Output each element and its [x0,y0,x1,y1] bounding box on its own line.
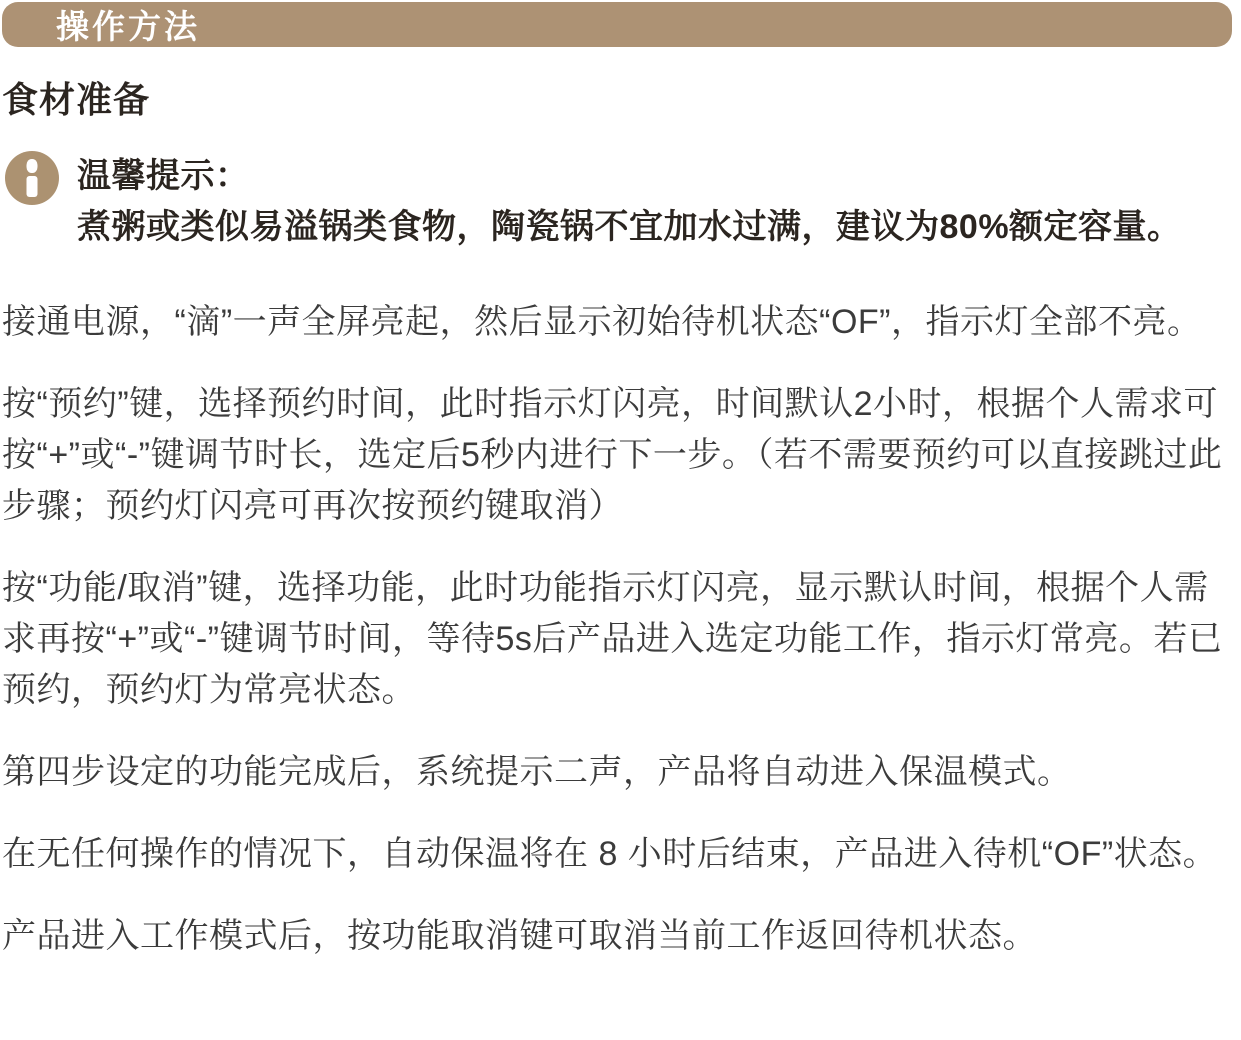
section-header-bar: 操作方法 [2,2,1232,47]
paragraph-power-on: 接通电源，“滴”一声全屏亮起，然后显示初始待机状态“OF”，指示灯全部不亮。 [2,297,1241,348]
info-icon [5,151,59,205]
paragraph-cancel-work: 产品进入工作模式后，按功能取消键可取消当前工作返回待机状态。 [2,911,1241,962]
paragraph-function-key: 按“功能/取消”键，选择功能，此时功能指示灯闪亮，显示默认时间，根据个人需求再按… [2,563,1241,716]
subsection-heading: 食材准备 [2,72,1241,123]
info-icon-dot [27,159,38,173]
instruction-paragraphs: 接通电源，“滴”一声全屏亮起，然后显示初始待机状态“OF”，指示灯全部不亮。 按… [2,297,1241,962]
tip-title: 温馨提示： [77,151,1182,201]
tip-text: 温馨提示： 煮粥或类似易溢锅类食物，陶瓷锅不宜加水过满，建议为80%额定容量。 [77,151,1182,253]
tip-block: 温馨提示： 煮粥或类似易溢锅类食物，陶瓷锅不宜加水过满，建议为80%额定容量。 [2,151,1241,253]
section-header-title: 操作方法 [56,1,200,48]
manual-page: 操作方法 食材准备 温馨提示： 煮粥或类似易溢锅类食物，陶瓷锅不宜加水过满，建议… [0,0,1241,1040]
tip-body: 煮粥或类似易溢锅类食物，陶瓷锅不宜加水过满，建议为80%额定容量。 [77,201,1182,253]
info-icon-stem [27,176,38,197]
paragraph-preset-key: 按“预约”键，选择预约时间，此时指示灯闪亮，时间默认2小时，根据个人需求可按“+… [2,379,1241,532]
paragraph-keep-warm: 第四步设定的功能完成后，系统提示二声，产品将自动进入保温模式。 [2,747,1241,798]
paragraph-auto-standby: 在无任何操作的情况下，自动保温将在 8 小时后结束，产品进入待机“OF”状态。 [2,829,1241,880]
